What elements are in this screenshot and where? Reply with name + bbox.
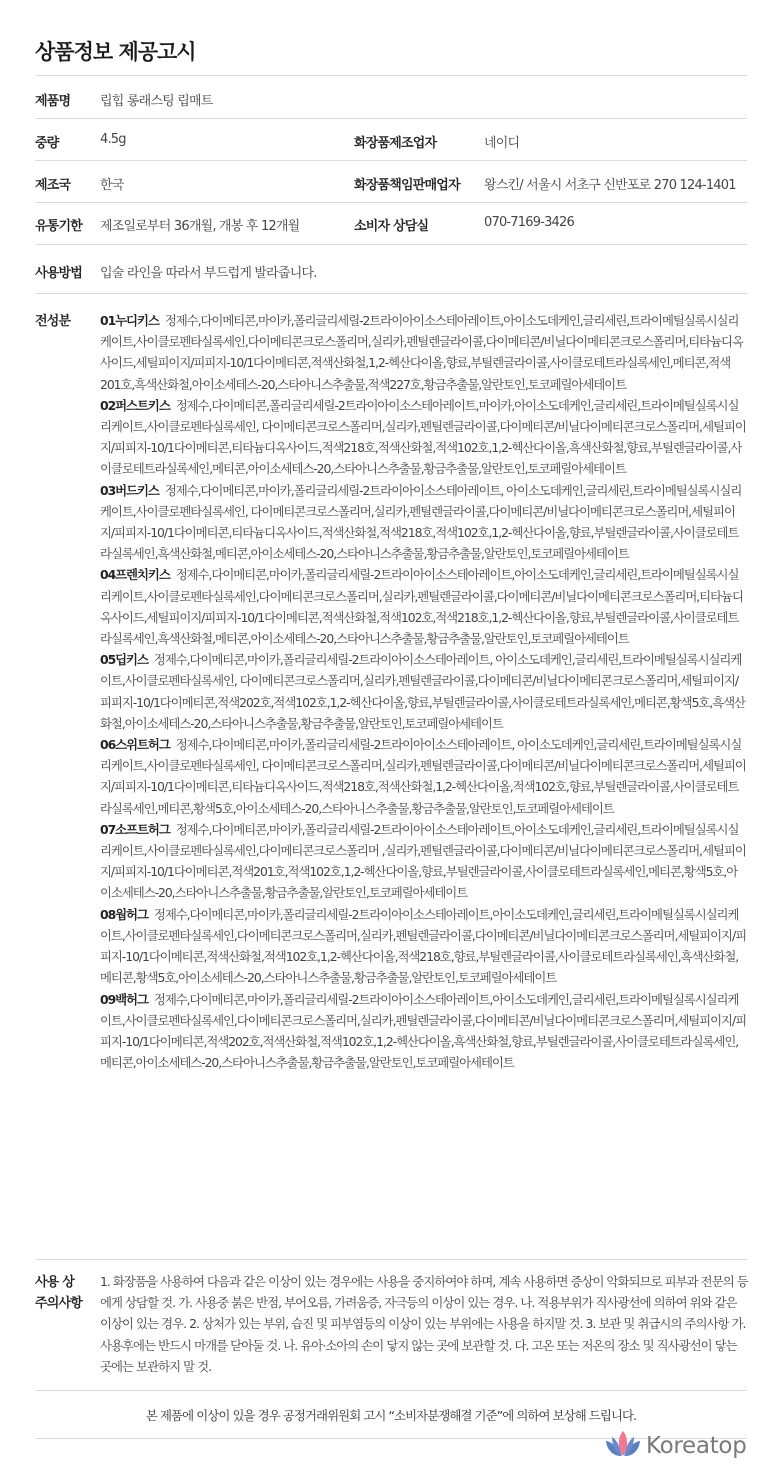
country-label: 제조국	[35, 174, 70, 193]
ingredient-item: 02퍼스트키스정제수,다이메티콘,폴리글리세릴-2트라이아이소스테아레이트,마이…	[100, 395, 748, 480]
country-value: 한국	[100, 174, 124, 193]
ingredient-item: 08웜허그정제수,다이메티콘,마이카,폴리글리세릴-2트라이아이소스테아레이트,…	[100, 904, 748, 989]
weight-label: 중량	[35, 132, 59, 151]
ingredient-item: 05딥키스정제수,다이메티콘,마이카,폴리글리세릴-2트라이아이소스테아레이트,…	[100, 649, 748, 734]
ingredient-item: 01누디키스정제수,다이메티콘,마이카,폴리글리세릴-2트라이아이소스테아레이트…	[100, 310, 748, 395]
expiry-label: 유통기한	[35, 215, 82, 234]
ingredient-item: 03버드키스정제수,다이메티콘,마이카,폴리글리세릴-2트라이아이소스테아레이트…	[100, 480, 748, 565]
ingredient-item: 06스위트허그정제수,다이메티콘,마이카,폴리글리세릴-2트라이아이소스테아레이…	[100, 734, 748, 819]
seller-label: 화장품책임판매업자	[354, 174, 460, 193]
weight-value: 4.5g	[100, 132, 126, 147]
koreatop-watermark: Koreatop	[604, 1430, 747, 1462]
ingredient-item: 04프렌치키스정제수,다이메티콘,마이카,폴리글리세릴-2트라이아이소스테아레이…	[100, 564, 748, 649]
ingredient-item: 09백허그정제수,다이메티콘,마이카,폴리글리세릴-2트라이아이소스테아레이트,…	[100, 989, 748, 1074]
divider	[35, 118, 747, 119]
divider	[35, 202, 747, 203]
divider	[35, 244, 747, 245]
caution-text: 1. 화장품을 사용하여 다음과 같은 이상이 있는 경우에는 사용을 중지하여…	[100, 1271, 750, 1377]
seller-value: 왕스킨/ 서울시 서초구 신반포로 270 124-1401	[484, 174, 736, 193]
ingredients-label: 전성분	[35, 310, 70, 329]
caution-label: 사용 상 주의사항	[35, 1272, 82, 1314]
divider	[35, 293, 747, 294]
ingredient-item: 07소프트허그정제수,다이메티콘,마이카,폴리글리세릴-2트라이아이소스테아레이…	[100, 819, 748, 904]
usage-label: 사용방법	[35, 262, 82, 281]
product-name-label: 제품명	[35, 90, 70, 109]
divider	[35, 1390, 747, 1391]
divider	[35, 1259, 747, 1260]
consumer-center-value: 070-7169-3426	[484, 215, 574, 230]
consumer-center-label: 소비자 상담실	[354, 215, 428, 234]
lotus-icon	[604, 1429, 642, 1463]
koreatop-logo-text: Koreatop	[646, 1433, 747, 1459]
manufacturer-value: 네이디	[484, 132, 519, 151]
usage-value: 입술 라인을 따라서 부드럽게 발라줍니다.	[100, 262, 317, 281]
divider	[35, 75, 747, 76]
page-title: 상품정보 제공고시	[35, 36, 196, 66]
product-name-value: 립힙 롱래스팅 립매트	[100, 90, 213, 109]
expiry-value: 제조일로부터 36개월, 개봉 후 12개월	[100, 215, 299, 234]
ingredients-list: 01누디키스정제수,다이메티콘,마이카,폴리글리세릴-2트라이아이소스테아레이트…	[100, 310, 748, 1073]
divider	[35, 160, 747, 161]
compensation-notice: 본 제품에 이상이 있을 경우 공정거래위원회 고시 “소비자분쟁해결 기준”에…	[35, 1406, 747, 1424]
manufacturer-label: 화장품제조업자	[354, 132, 436, 151]
